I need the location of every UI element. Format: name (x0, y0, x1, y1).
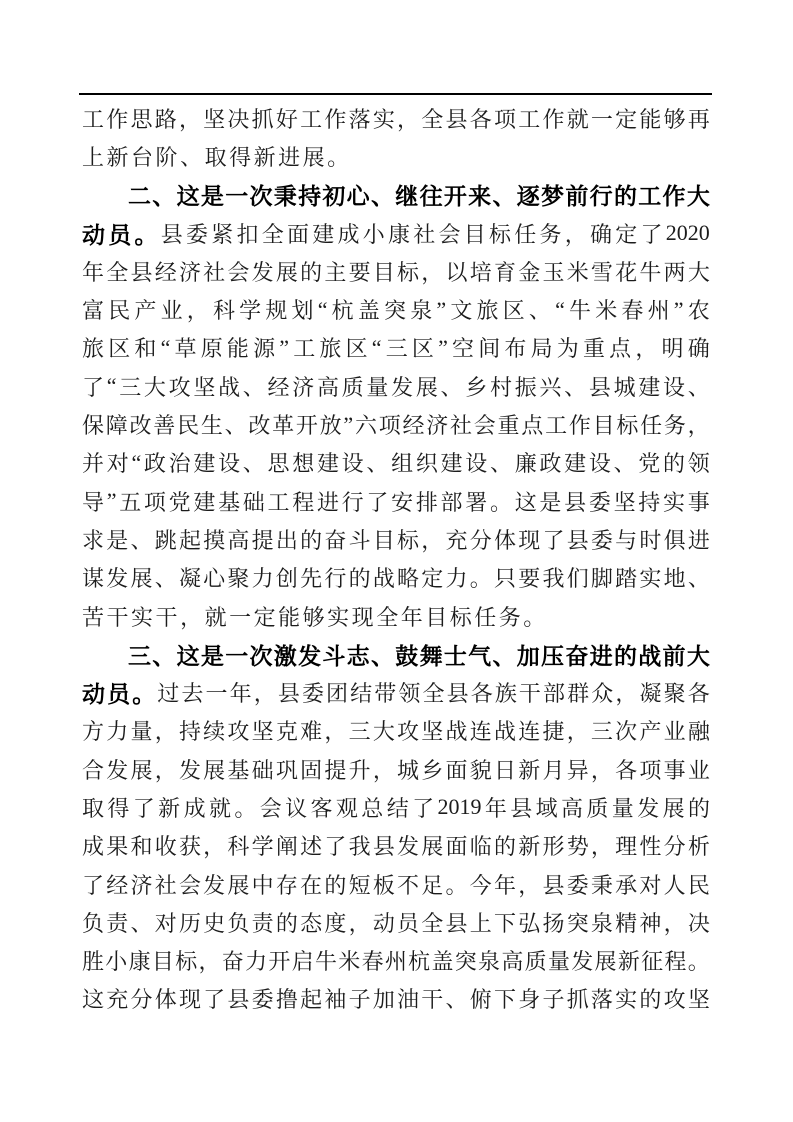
text-line: 并对“政治建设、思想建设、组织建设、廉政建设、党的领 (82, 444, 710, 482)
header-rule-divider (79, 93, 712, 95)
text-line: 求是、跳起摸高提出的奋斗目标，充分体现了县委与时俱进 (82, 520, 710, 558)
text-line: 成果和收获，科学阐述了我县发展面临的新形势，理性分析 (82, 827, 710, 865)
text-line: 上新台阶、取得新进展。 (82, 137, 710, 175)
text-line: 旅区和“草原能源”工旅区“三区”空间布局为重点，明确 (82, 329, 710, 367)
text-line: 了“三大攻坚战、经济高质量发展、乡村振兴、县城建设、 (82, 367, 710, 405)
text-line: 三、这是一次激发斗志、鼓舞士气、加压奋进的战前大 (82, 635, 710, 673)
text-line: 年全县经济社会发展的主要目标，以培育金玉米雪花牛两大 (82, 252, 710, 290)
text-line: 取得了新成就。会议客观总结了2019年县域高质量发展的 (82, 788, 710, 826)
document-page: 工作思路，坚决抓好工作落实，全县各项工作就一定能够再上新台阶、取得新进展。二、这… (0, 0, 793, 1122)
text-line: 这充分体现了县委撸起袖子加油干、俯下身子抓落实的攻坚 (82, 980, 710, 1018)
text-line: 动员。县委紧扣全面建成小康社会目标任务，确定了2020 (82, 214, 710, 252)
text-line: 了经济社会发展中存在的短板不足。今年，县委秉承对人民 (82, 865, 710, 903)
text-line: 保障改善民生、改革开放”六项经济社会重点工作目标任务， (82, 405, 710, 443)
text-line: 负责、对历史负责的态度，动员全县上下弘扬突泉精神，决 (82, 903, 710, 941)
text-line: 谋发展、凝心聚力创先行的战略定力。只要我们脚踏实地、 (82, 559, 710, 597)
text-line: 导”五项党建基础工程进行了安排部署。这是县委坚持实事 (82, 482, 710, 520)
document-body: 工作思路，坚决抓好工作落实，全县各项工作就一定能够再上新台阶、取得新进展。二、这… (82, 99, 710, 1018)
text-line: 动员。过去一年，县委团结带领全县各族干部群众，凝聚各 (82, 673, 710, 711)
text-line: 胜小康目标，奋力开启牛米春州杭盖突泉高质量发展新征程。 (82, 942, 710, 980)
text-line: 富民产业，科学规划“杭盖突泉”文旅区、“牛米春州”农 (82, 290, 710, 328)
text-line: 苦干实干，就一定能够实现全年目标任务。 (82, 597, 710, 635)
text-line: 工作思路，坚决抓好工作落实，全县各项工作就一定能够再 (82, 99, 710, 137)
text-line: 二、这是一次秉持初心、继往开来、逐梦前行的工作大 (82, 176, 710, 214)
text-line: 合发展，发展基础巩固提升，城乡面貌日新月异，各项事业 (82, 750, 710, 788)
text-line: 方力量，持续攻坚克难，三大攻坚战连战连捷，三次产业融 (82, 712, 710, 750)
